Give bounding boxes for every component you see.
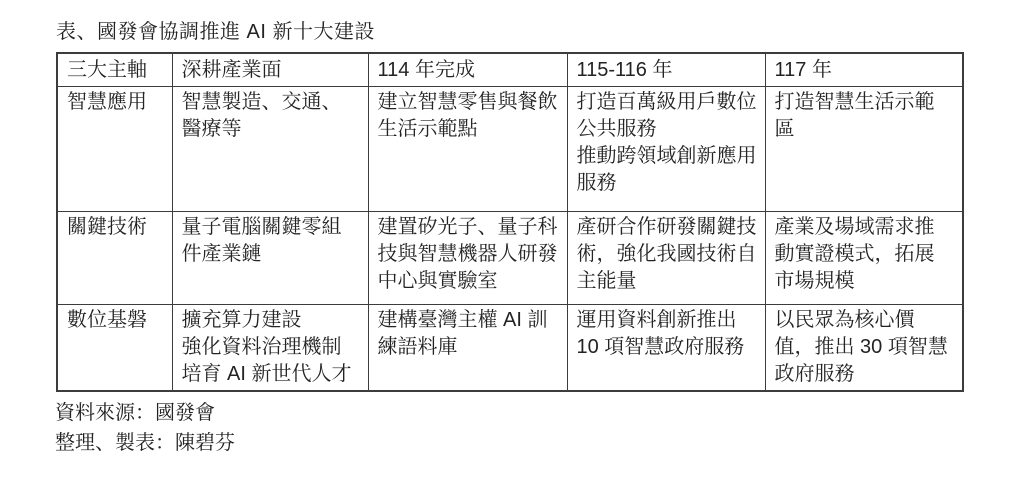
table-footnotes: 資料來源：國發會 整理、製表：陳碧芬 <box>56 398 1024 458</box>
cell-line: 推動跨領域創新應用服務 <box>577 143 757 197</box>
col-header-industry: 深耕產業面 <box>172 53 368 87</box>
cell-line: 建立智慧零售與餐飲生活示範點 <box>378 89 559 143</box>
ai-ten-projects-table: 三大主軸 深耕產業面 114 年完成 115-116 年 117 年 智慧應用 … <box>56 52 964 392</box>
col-header-year-117: 117 年 <box>765 53 963 87</box>
cell-line: 量子電腦關鍵零組件產業鏈 <box>182 214 360 268</box>
table-caption: 表、國發會協調推進 AI 新十大建設 <box>56 20 1024 44</box>
col-header-year-115-116: 115-116 年 <box>567 53 765 87</box>
table-header-row: 三大主軸 深耕產業面 114 年完成 115-116 年 117 年 <box>57 53 963 87</box>
cell-line: 打造智慧生活示範區 <box>775 89 955 143</box>
cell-line: 產業及場域需求推動實證模式，拓展市場規模 <box>775 214 955 295</box>
col-header-main-axes: 三大主軸 <box>57 53 172 87</box>
table-cell: 建立智慧零售與餐飲生活示範點 <box>368 87 567 212</box>
table-cell: 產業及場域需求推動實證模式，拓展市場規模 <box>765 212 963 305</box>
cell-line: 強化資料治理機制 <box>182 334 360 361</box>
table-row-key-technology: 關鍵技術 量子電腦關鍵零組件產業鏈 建置矽光子、量子科技與智慧機器人研發中心與實… <box>57 212 963 305</box>
table-cell: 建構臺灣主權 AI 訓練語料庫 <box>368 305 567 392</box>
table-cell: 運用資料創新推出 10 項智慧政府服務 <box>567 305 765 392</box>
row-axis-cell: 數位基磐 <box>57 305 172 392</box>
col-header-year-114: 114 年完成 <box>368 53 567 87</box>
cell-line: 以民眾為核心價值，推出 30 項智慧政府服務 <box>775 307 955 388</box>
table-cell: 打造智慧生活示範區 <box>765 87 963 212</box>
table-cell: 量子電腦關鍵零組件產業鏈 <box>172 212 368 305</box>
cell-line: 建構臺灣主權 AI 訓練語料庫 <box>378 307 559 361</box>
cell-line: 打造百萬級用戶數位公共服務 <box>577 89 757 143</box>
credit-note: 整理、製表：陳碧芬 <box>55 428 1024 458</box>
table-cell: 擴充算力建設 強化資料治理機制 培育 AI 新世代人才 <box>172 305 368 392</box>
table-row-digital-foundation: 數位基磐 擴充算力建設 強化資料治理機制 培育 AI 新世代人才 建構臺灣主權 … <box>57 305 963 392</box>
article-table-figure: 表、國發會協調推進 AI 新十大建設 三大主軸 深耕產業面 114 年完成 11… <box>0 0 1024 458</box>
cell-line: 培育 AI 新世代人才 <box>182 361 360 388</box>
table-cell: 產研合作研發關鍵技術，強化我國技術自主能量 <box>567 212 765 305</box>
cell-line: 運用資料創新推出 10 項智慧政府服務 <box>577 307 757 361</box>
table-cell: 智慧製造、交通、醫療等 <box>172 87 368 212</box>
cell-line: 擴充算力建設 <box>182 307 360 334</box>
table-row-smart-application: 智慧應用 智慧製造、交通、醫療等 建立智慧零售與餐飲生活示範點 打造百萬級用戶數… <box>57 87 963 212</box>
cell-line: 建置矽光子、量子科技與智慧機器人研發中心與實驗室 <box>378 214 559 295</box>
cell-line: 產研合作研發關鍵技術，強化我國技術自主能量 <box>577 214 757 295</box>
row-axis-cell: 關鍵技術 <box>57 212 172 305</box>
row-axis-cell: 智慧應用 <box>57 87 172 212</box>
table-cell: 以民眾為核心價值，推出 30 項智慧政府服務 <box>765 305 963 392</box>
source-note: 資料來源：國發會 <box>55 398 1024 428</box>
table-cell: 打造百萬級用戶數位公共服務 推動跨領域創新應用服務 <box>567 87 765 212</box>
table-cell: 建置矽光子、量子科技與智慧機器人研發中心與實驗室 <box>368 212 567 305</box>
cell-line: 智慧製造、交通、醫療等 <box>182 89 360 143</box>
